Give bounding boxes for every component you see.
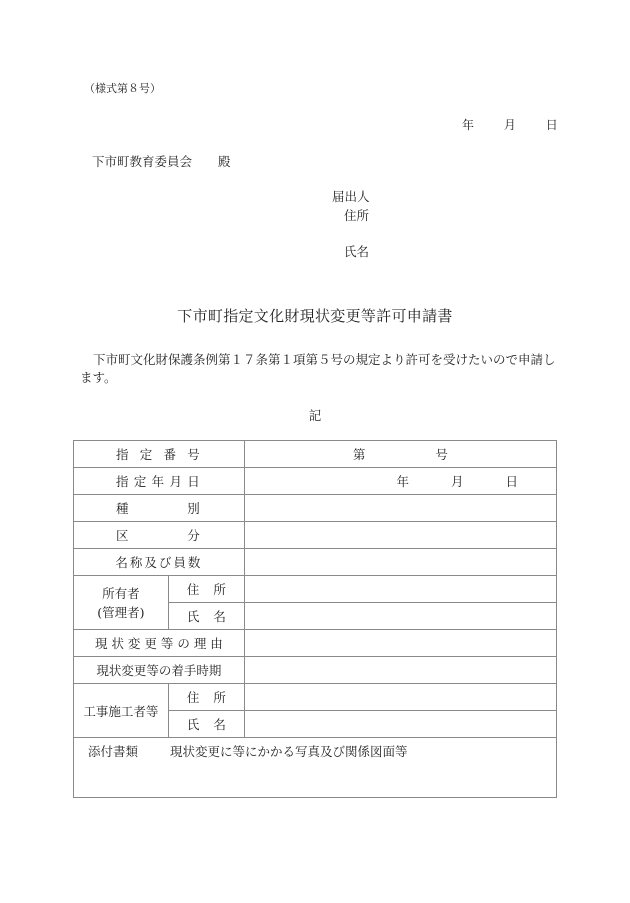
row-type: 種 別 (74, 495, 557, 522)
designation-number-label: 指 定 番 号 (74, 441, 245, 468)
owner-address-value[interactable] (244, 576, 556, 603)
char: 指 (116, 472, 129, 490)
category-label: 区 分 (74, 522, 245, 549)
application-table: 指 定 番 号 第 号 指 定 年 月 日 年 月 (73, 440, 557, 798)
contractor-label: 工事施工者等 (74, 684, 169, 738)
row-owner-address: 所有者 (管理者) 住 所 (74, 576, 557, 603)
char: 所 (213, 688, 226, 706)
number-prefix: 第 (353, 445, 366, 463)
month-label: 月 (451, 472, 464, 490)
month-label: 月 (504, 116, 516, 133)
designation-date-value[interactable]: 年 月 日 (244, 468, 556, 495)
char: 日 (187, 472, 200, 490)
char: 所 (213, 580, 226, 598)
applicant-label: 届出人 (332, 188, 370, 206)
char: 住 (187, 580, 200, 598)
reason-value[interactable] (244, 630, 556, 657)
addressee-name: 下市町教育委員会 (92, 154, 192, 169)
applicant-address-label: 住所 (344, 206, 369, 224)
char: 別 (187, 499, 200, 517)
name-count-value[interactable] (244, 549, 556, 576)
type-label: 種 別 (74, 495, 245, 522)
char: 種 (116, 499, 129, 517)
owner-address-label: 住 所 (168, 576, 244, 603)
row-contractor-address: 工事施工者等 住 所 (74, 684, 557, 711)
char: 定 (134, 472, 147, 490)
reason-label: 現 状 変 更 等 の 理 由 (74, 630, 245, 657)
attachments-cell[interactable]: 添付書類現状変更に等にかかる写真及び関係図面等 (74, 738, 557, 798)
char: 区 (116, 526, 129, 544)
row-category: 区 分 (74, 522, 557, 549)
start-time-label: 現状変更等の着手時期 (74, 657, 245, 684)
char: 号 (187, 445, 200, 463)
attachments-value: 現状変更に等にかかる写真及び関係図面等 (170, 744, 408, 759)
day-label: 日 (505, 472, 518, 490)
contractor-address-value[interactable] (244, 684, 556, 711)
owner-label: 所有者 (管理者) (74, 576, 169, 630)
submission-date: 年 月 日 (462, 116, 558, 133)
row-start-time: 現状変更等の着手時期 (74, 657, 557, 684)
char: 名 (213, 607, 226, 625)
char: 年 (152, 472, 165, 490)
owner-name-value[interactable] (244, 603, 556, 630)
addressee: 下市町教育委員会殿 (92, 152, 231, 170)
applicant-name-label: 氏名 (344, 242, 369, 260)
char: 分 (187, 526, 200, 544)
char: 月 (169, 472, 182, 490)
start-time-value[interactable] (244, 657, 556, 684)
designation-number-value[interactable]: 第 号 (244, 441, 556, 468)
type-value[interactable] (244, 495, 556, 522)
contractor-name-label: 氏 名 (168, 711, 244, 738)
row-name-count: 名称及び員数 (74, 549, 557, 576)
row-designation-date: 指 定 年 月 日 年 月 日 (74, 468, 557, 495)
char: 指 (116, 445, 129, 463)
owner-label-line2: (管理者) (74, 603, 168, 622)
number-suffix: 号 (435, 445, 448, 463)
body-text: 下市町文化財保護条例第１７条第１項第５号の規定より許可を受けたいので申請します。 (80, 351, 560, 387)
char: 定 (140, 445, 153, 463)
year-label: 年 (396, 472, 409, 490)
ki-heading: 記 (0, 406, 630, 424)
contractor-address-label: 住 所 (168, 684, 244, 711)
day-label: 日 (546, 116, 558, 133)
year-label: 年 (462, 116, 474, 133)
char: 名 (213, 715, 226, 733)
owner-label-line1: 所有者 (74, 584, 168, 603)
row-reason: 現 状 変 更 等 の 理 由 (74, 630, 557, 657)
char: 番 (164, 445, 177, 463)
name-count-label: 名称及び員数 (74, 549, 245, 576)
category-value[interactable] (244, 522, 556, 549)
char: 氏 (187, 607, 200, 625)
row-designation-number: 指 定 番 号 第 号 (74, 441, 557, 468)
designation-date-label: 指 定 年 月 日 (74, 468, 245, 495)
char: 住 (187, 688, 200, 706)
char: 氏 (187, 715, 200, 733)
document-title: 下市町指定文化財現状変更等許可申請書 (0, 305, 630, 326)
form-number: （様式第８号） (84, 80, 161, 96)
attachments-label: 添付書類 (88, 742, 170, 760)
owner-name-label: 氏 名 (168, 603, 244, 630)
row-attachments: 添付書類現状変更に等にかかる写真及び関係図面等 (74, 738, 557, 798)
addressee-honorific: 殿 (218, 154, 231, 169)
contractor-name-value[interactable] (244, 711, 556, 738)
